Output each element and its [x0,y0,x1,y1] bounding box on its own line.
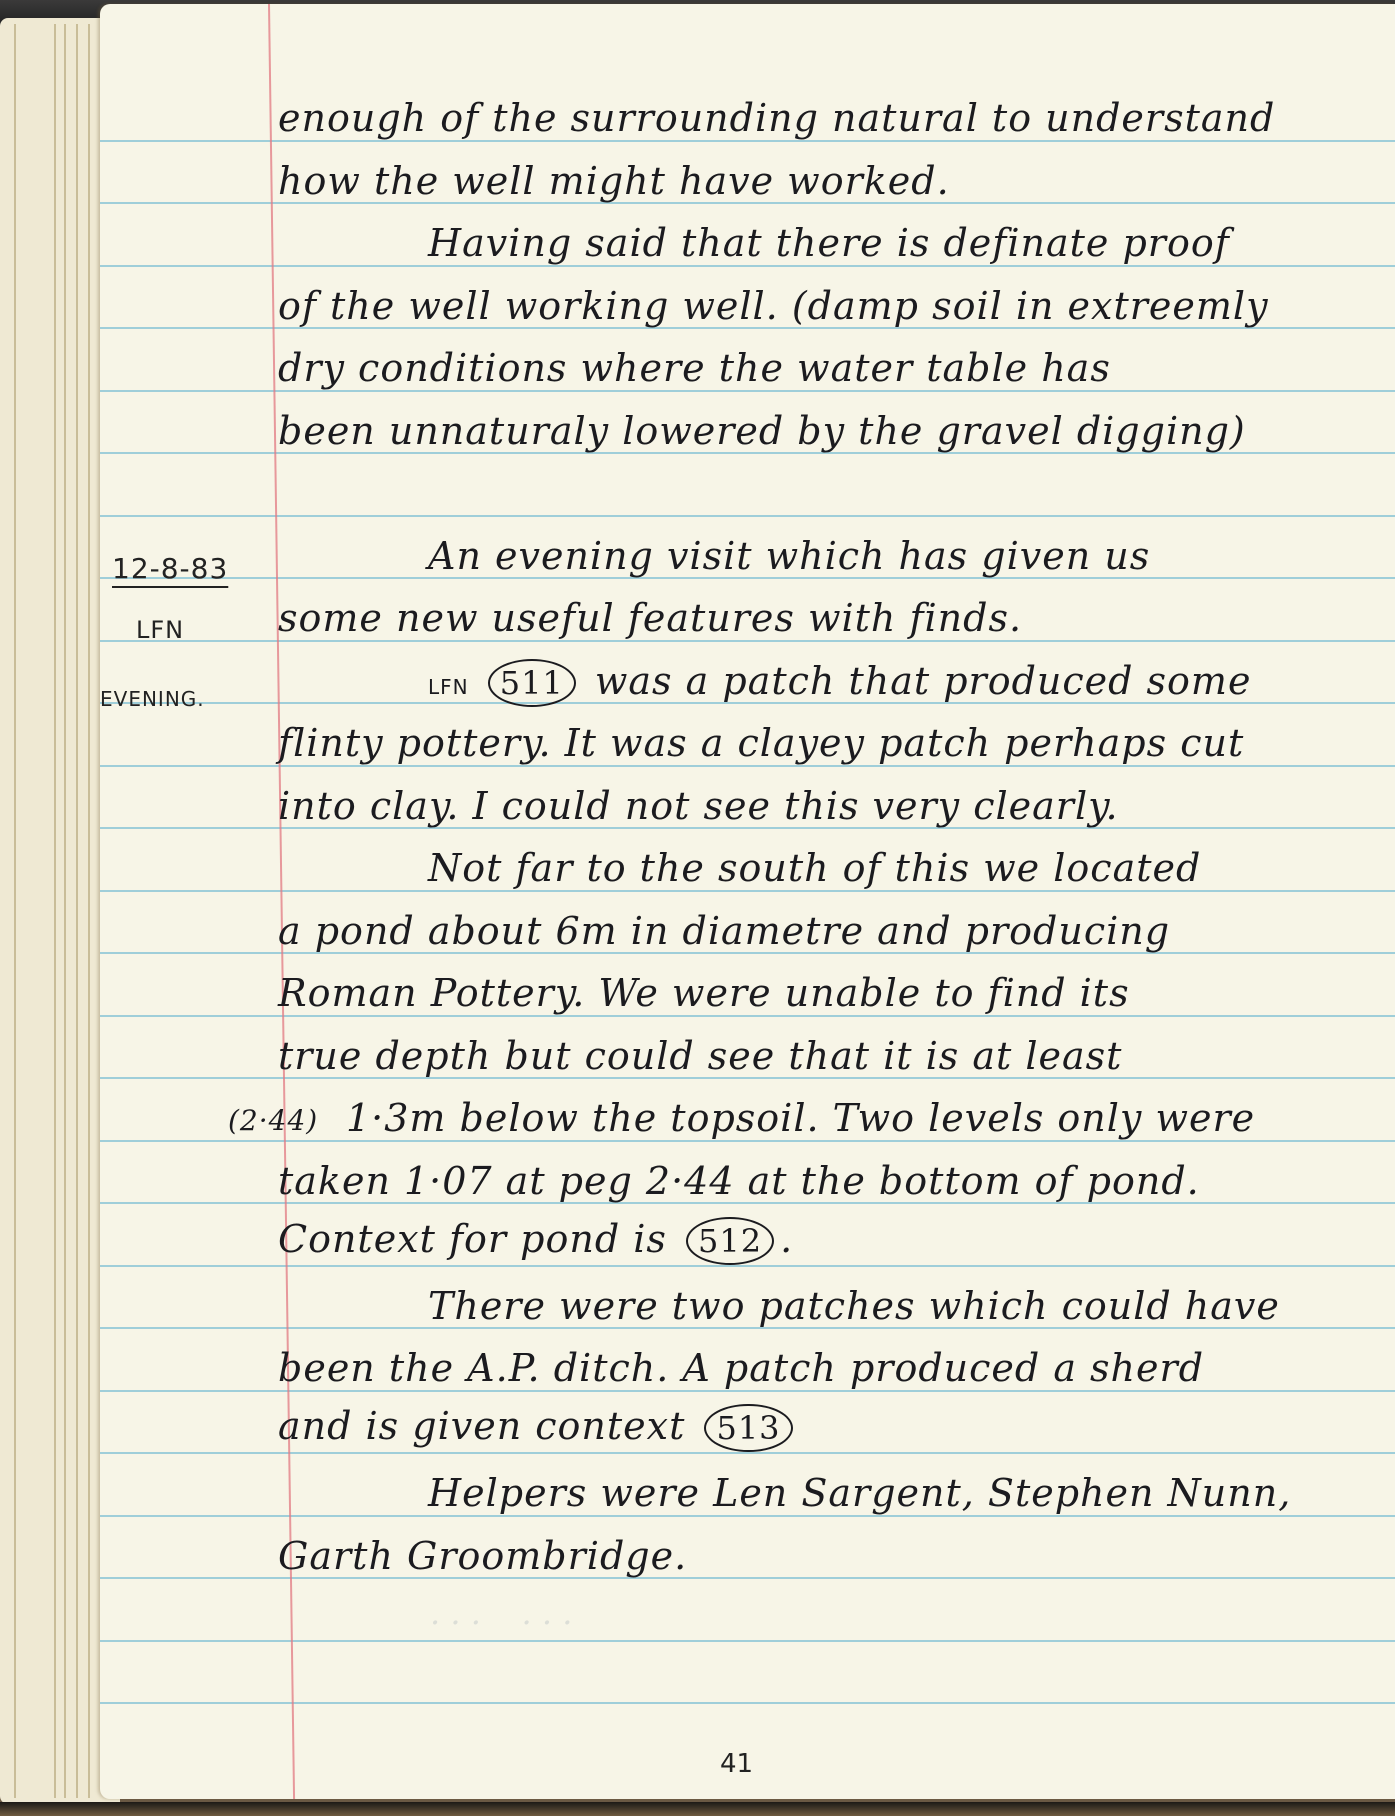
text-fragment: was a patch that produced some [595,659,1252,703]
scan-bottom-edge [0,1802,1395,1816]
text-line: Garth Groombridge. [278,1534,687,1578]
text-line: 1·3m below the topsoil. Two levels only … [346,1096,1255,1140]
text-fragment: Context for pond is [278,1217,667,1261]
text-line-511: LFN 511 was a patch that produced some [278,659,1251,707]
text-line: Helpers were Len Sargent, Stephen Nunn, [278,1471,1291,1515]
page-edge [64,24,66,1798]
handwritten-body: enough of the surrounding natural to und… [278,4,1395,1799]
context-number-513: 513 [704,1404,792,1452]
text-line: An evening visit which has given us [278,534,1150,578]
text-fragment: and is given context [278,1404,685,1448]
entry-date: 12-8-83 [112,552,228,585]
text-line: a pond about 6m in diametre and producin… [278,909,1170,953]
text-line: been the A.P. ditch. A patch produced a … [278,1346,1204,1390]
period: . [780,1217,793,1261]
text-line: into clay. I could not see this very cle… [278,784,1119,828]
text-line: enough of the surrounding natural to und… [278,96,1275,140]
text-line: Having said that there is definate proof [278,221,1230,265]
page-edge [14,24,16,1798]
context-number-512: 512 [686,1217,774,1265]
text-line: Roman Pottery. We were unable to find it… [278,971,1130,1015]
text-line-512: Context for pond is 512. [278,1217,793,1265]
text-line: been unnaturaly lowered by the gravel di… [278,409,1246,453]
text-line: Not far to the south of this we located [278,846,1201,890]
notebook-page: . . . . . . 12-8-83 LFN EVENING. (2·44) … [100,4,1395,1799]
text-line: There were two patches which could have [278,1284,1280,1328]
text-line: dry conditions where the water table has [278,346,1111,390]
text-line: flinty pottery. It was a clayey patch pe… [278,721,1244,765]
page-edge [88,24,90,1798]
page-edge [76,24,78,1798]
page-number: 41 [720,1749,753,1779]
text-line: how the well might have worked. [278,159,950,203]
text-line: some new useful features with finds. [278,596,1022,640]
text-line: of the well working well. (damp soil in … [278,284,1269,328]
page-edge [54,24,56,1798]
session-label: EVENING. [100,687,205,711]
site-code-inline: LFN [428,675,469,699]
site-code: LFN [136,616,184,644]
text-line: true depth but could see that it is at l… [278,1034,1122,1078]
text-line-513: and is given context 513 [278,1404,799,1452]
context-number-511: 511 [488,659,576,707]
text-line: taken 1·07 at peg 2·44 at the bottom of … [278,1159,1200,1203]
